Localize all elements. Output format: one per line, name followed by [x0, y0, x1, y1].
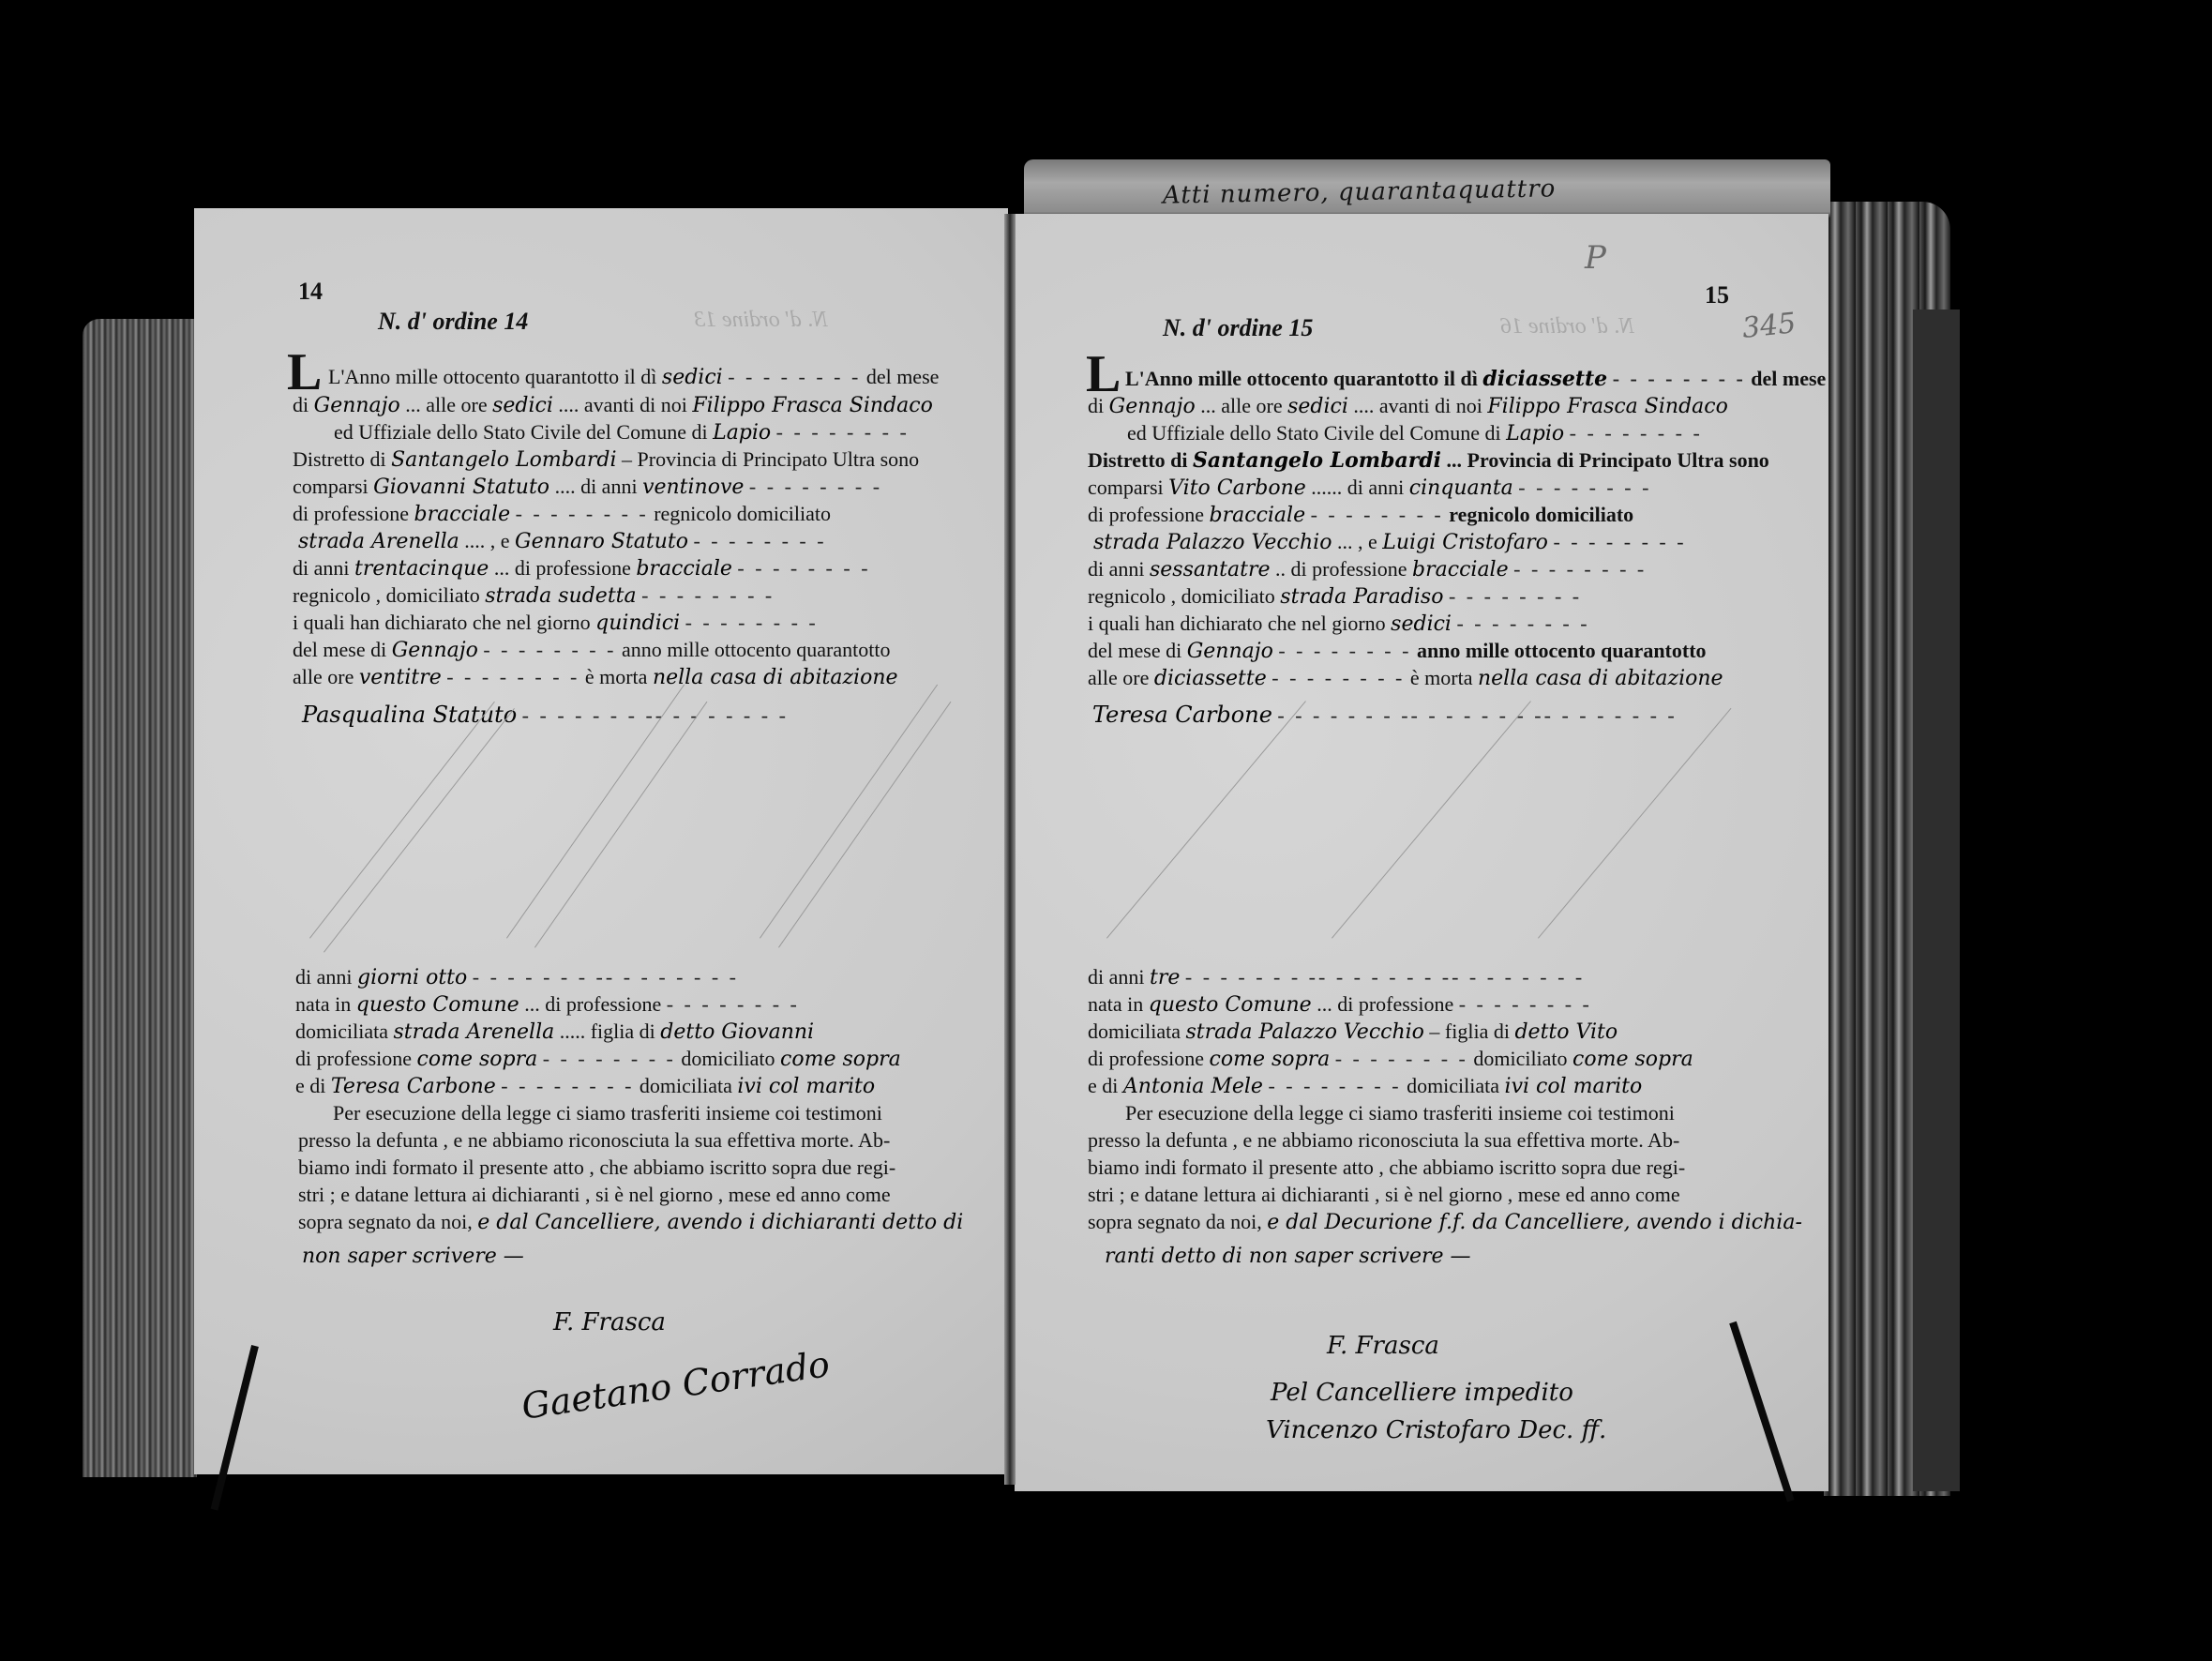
left-lower-line-1: di anni giorni otto - - - - - - - -- - -… — [295, 964, 739, 991]
right-deceased-name: Teresa Carbone - - - - - - - -- - - - - … — [1092, 702, 1678, 729]
right-page-number: 15 — [1705, 281, 1729, 310]
left-closing-line-4: stri ; e datane lettura ai dichiaranti ,… — [298, 1182, 891, 1208]
left-show-through-text: N. d' ordine 13 — [694, 308, 828, 333]
right-closing-line-3: biamo indi formato il presente atto , ch… — [1088, 1155, 1685, 1181]
right-line-9: regnicolo , domiciliato strada Paradiso … — [1088, 583, 1582, 611]
left-line-7: strada Arenella .... , e Gennaro Statuto… — [298, 528, 827, 555]
right-closing-line-1: Per esecuzione della legge ci siamo tras… — [1125, 1100, 1675, 1126]
right-lower-line-4: di professione come sopra - - - - - - - … — [1088, 1046, 1693, 1073]
right-line-6: di professione bracciale - - - - - - - -… — [1088, 502, 1633, 529]
right-closing-line-4: stri ; e datane lettura ai dichiaranti ,… — [1088, 1182, 1680, 1208]
right-line-2: di Gennajo ... alle ore sedici .... avan… — [1088, 393, 1728, 420]
right-lower-line-2: nata in questo Comune ... di professione… — [1088, 991, 1592, 1019]
left-page-number: 14 — [298, 278, 323, 306]
right-line-4: Distretto di Santangelo Lombardi ... Pro… — [1088, 447, 1769, 474]
left-line-3: ed Uffiziale dello Stato Civile del Comu… — [334, 419, 910, 446]
right-signature-mayor: F. Frasca — [1327, 1332, 1439, 1360]
right-line-8: di anni sessantatre .. di professione br… — [1088, 556, 1647, 583]
right-line-12: alle ore diciassette - - - - - - - - è m… — [1088, 665, 1723, 692]
right-closing-line-5: sopra segnato da noi, e dal Decurione f.… — [1088, 1209, 1802, 1236]
left-closing-line-5: sopra segnato da noi, e dal Cancelliere,… — [298, 1209, 963, 1236]
left-line-11: del mese di Gennajo - - - - - - - - anno… — [293, 637, 890, 664]
right-signature-clerk-note: Pel Cancelliere impedito — [1271, 1379, 1573, 1407]
book-cover-edge — [1913, 310, 1960, 1491]
left-line-6: di professione bracciale - - - - - - - -… — [293, 501, 831, 528]
right-line-5: comparsi Vito Carbone ...... di anni cin… — [1088, 475, 1651, 502]
left-line-12: alle ore ventitre - - - - - - - - è mort… — [293, 664, 898, 691]
right-closing-line-6: ranti detto di non saper scrivere — — [1105, 1243, 1471, 1270]
left-line-1: L'Anno mille ottocento quarantotto il dì… — [328, 364, 939, 391]
left-deceased-name: Pasqualina Statuto - - - - - - - -- - - … — [302, 702, 789, 729]
left-line-4: Distretto di Santangelo Lombardi – Provi… — [293, 446, 919, 474]
left-dropcap: L — [287, 349, 322, 396]
left-line-10: i quali han dichiarato che nel giorno qu… — [293, 610, 819, 637]
left-line-8: di anni trentacinque ... di professione … — [293, 555, 871, 582]
left-closing-line-6: non saper scrivere — — [302, 1243, 524, 1270]
left-lower-line-3: domiciliata strada Arenella ..... figlia… — [295, 1019, 814, 1046]
right-signature-decurion: Vincenzo Cristofaro Dec. ff. — [1266, 1416, 1606, 1444]
right-show-through-text: N. d' ordine 16 — [1500, 314, 1634, 340]
right-line-1: L'Anno mille ottocento quarantotto il dì… — [1125, 366, 1826, 392]
right-closing-line-2: presso la defunta , e ne abbiamo riconos… — [1088, 1127, 1679, 1154]
left-closing-line-3: biamo indi formato il presente atto , ch… — [298, 1155, 895, 1181]
left-closing-line-2: presso la defunta , e ne abbiamo riconos… — [298, 1127, 890, 1154]
left-entry-header: N. d' ordine 14 — [378, 308, 528, 336]
left-lower-line-5: e di Teresa Carbone - - - - - - - - domi… — [295, 1073, 875, 1100]
right-line-11: del mese di Gennajo - - - - - - - - anno… — [1088, 638, 1707, 665]
right-dropcap: L — [1086, 351, 1121, 398]
stamp-number: 345 — [1740, 307, 1798, 345]
right-line-7: strada Palazzo Vecchio ... , e Luigi Cri… — [1093, 529, 1687, 556]
right-lower-line-1: di anni tre - - - - - - - -- - - - - - -… — [1088, 964, 1585, 991]
right-lower-line-3: domiciliata strada Palazzo Vecchio – fig… — [1088, 1019, 1618, 1046]
left-line-9: regnicolo , domiciliato strada sudetta -… — [293, 582, 775, 610]
right-line-3: ed Uffiziale dello Stato Civile del Comu… — [1127, 420, 1703, 447]
left-lower-line-2: nata in questo Comune ... di professione… — [295, 991, 800, 1019]
left-line-2: di Gennajo ... alle ore sedici .... avan… — [293, 392, 933, 419]
left-lower-line-4: di professione come sopra - - - - - - - … — [295, 1046, 901, 1073]
right-entry-header: N. d' ordine 15 — [1163, 314, 1313, 342]
left-page-stack-edge — [83, 319, 197, 1477]
left-closing-line-1: Per esecuzione della legge ci siamo tras… — [333, 1100, 882, 1126]
book-gutter — [1004, 214, 1016, 1485]
left-signature-mayor: F. Frasca — [553, 1308, 666, 1336]
right-lower-line-5: e di Antonia Mele - - - - - - - - domici… — [1088, 1073, 1642, 1100]
right-line-10: i quali han dichiarato che nel giorno se… — [1088, 611, 1590, 638]
left-line-5: comparsi Giovanni Statuto .... di anni v… — [293, 474, 882, 501]
pencil-mark: P — [1585, 239, 1606, 277]
